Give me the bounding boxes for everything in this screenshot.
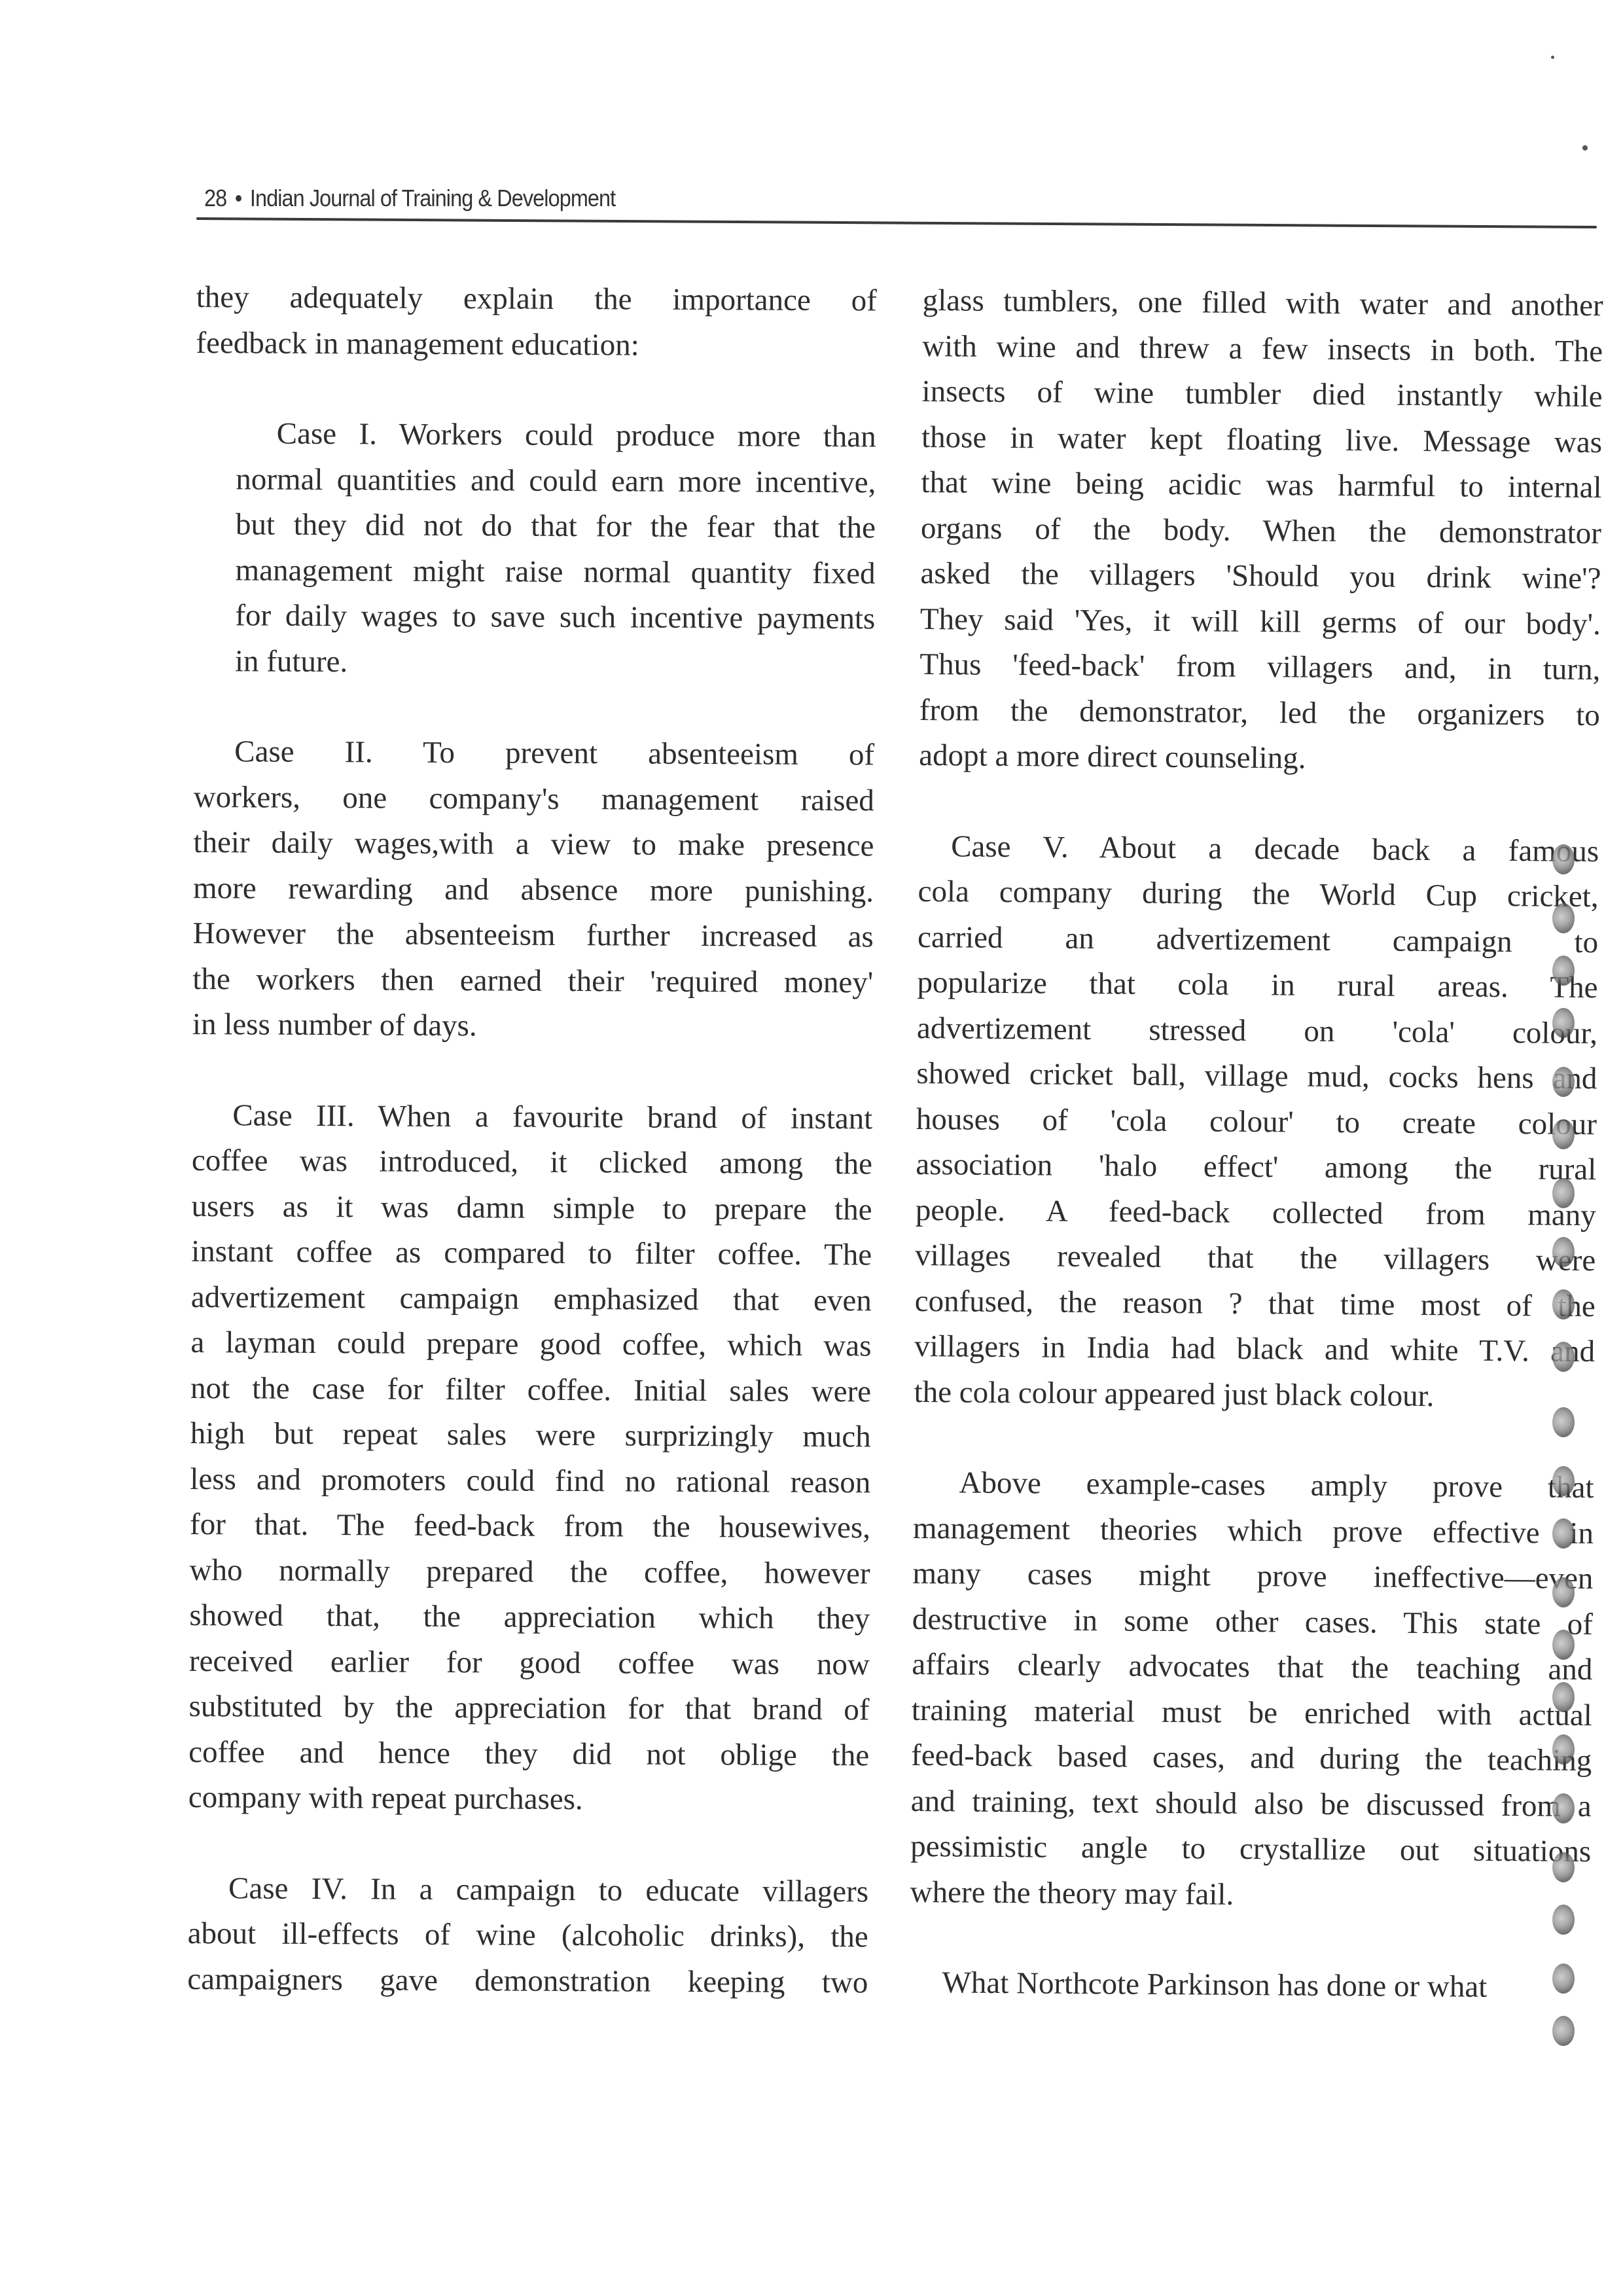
binding-hole-icon xyxy=(1552,1289,1575,1319)
header-bullet: • xyxy=(235,185,241,211)
left-column: they adequately explain the importance o… xyxy=(187,275,877,2005)
next-paragraph-start: What Northcote Parkinson has done or wha… xyxy=(909,1960,1590,2011)
journal-title: Indian Journal of Training & Development xyxy=(250,185,615,211)
binding-hole-icon xyxy=(1552,1852,1575,1882)
binding-hole-icon xyxy=(1552,1734,1575,1765)
binding-hole-icon xyxy=(1552,1237,1575,1267)
binding-hole-icon xyxy=(1552,1008,1575,1038)
case-4-paragraph: Case IV. In a campaign to educate villag… xyxy=(187,1865,868,2005)
case-5-paragraph: Case V. About a decade back a famous col… xyxy=(914,823,1599,1420)
right-column: glass tumblers, one filled with water an… xyxy=(909,278,1603,2011)
case-1-paragraph: Case I. Workers could produce more than … xyxy=(194,411,876,687)
binding-hole-icon xyxy=(1552,1682,1575,1712)
binding-hole-icon xyxy=(1552,1342,1575,1372)
binding-hole-icon xyxy=(1552,1067,1575,1097)
header-rule xyxy=(196,217,1597,228)
case-3-paragraph: Case III. When a favourite brand of inst… xyxy=(188,1092,873,1823)
binding-hole-icon xyxy=(1552,1577,1575,1607)
binding-hole-icon xyxy=(1552,1518,1575,1549)
case-2-paragraph: Case II. To prevent absenteeism of worke… xyxy=(192,729,875,1051)
binding-hole-icon xyxy=(1552,1793,1575,1823)
binding-hole-icon xyxy=(1552,1178,1575,1208)
page-number: 28 xyxy=(204,185,226,211)
running-header: 28•Indian Journal of Training & Developm… xyxy=(204,185,615,212)
binding-hole-icon xyxy=(1552,1964,1575,1994)
intro-paragraph: they adequately explain the importance o… xyxy=(196,275,877,369)
conclusion-paragraph: Above example-cases amply prove that man… xyxy=(910,1460,1594,1920)
scan-speck xyxy=(1551,56,1554,59)
binding-hole-icon xyxy=(1552,956,1575,986)
binding-hole-icon xyxy=(1552,1119,1575,1149)
binding-hole-icon xyxy=(1552,1407,1575,1437)
binding-hole-icon xyxy=(1552,1630,1575,1660)
binding-hole-icon xyxy=(1552,844,1575,874)
case-4-continued-paragraph: glass tumblers, one filled with water an… xyxy=(919,278,1603,784)
binding-hole-icon xyxy=(1552,1905,1575,1935)
scan-speck xyxy=(1582,145,1588,151)
binding-hole-icon xyxy=(1552,2016,1575,2046)
binding-hole-icon xyxy=(1552,1466,1575,1496)
binding-hole-icon xyxy=(1552,903,1575,933)
